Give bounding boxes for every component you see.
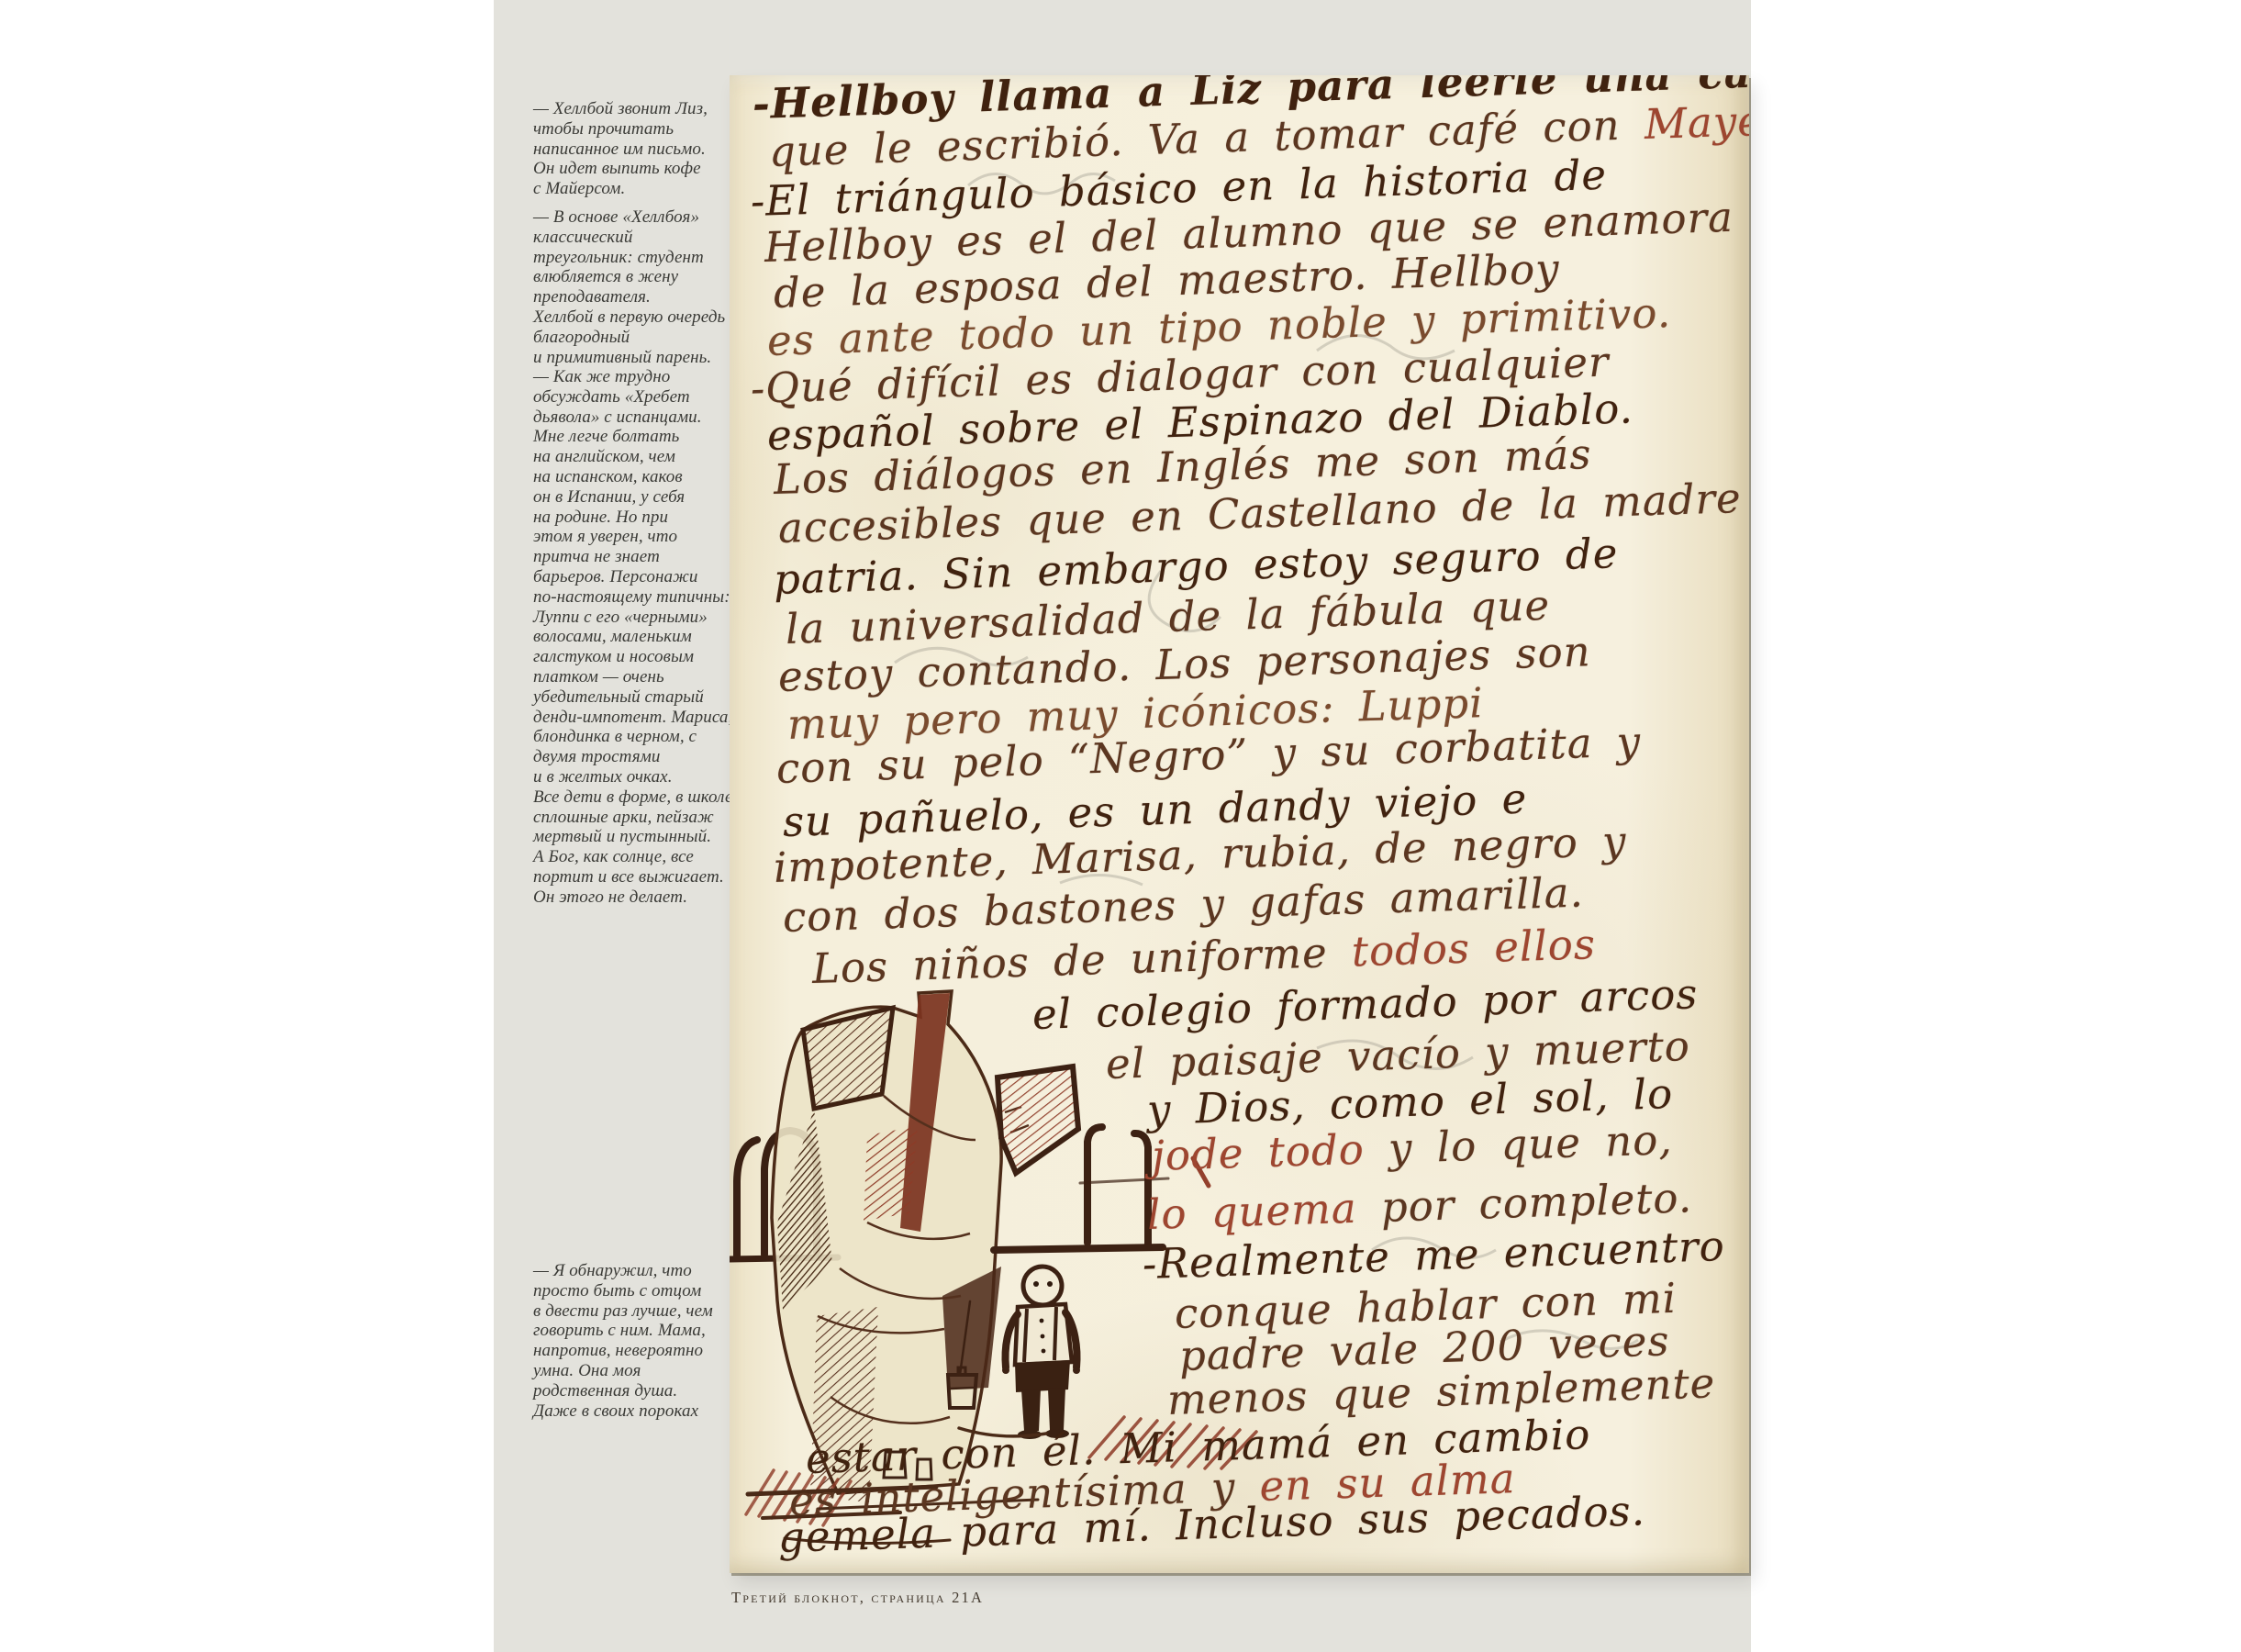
handwriting-layer: -Hellboy llama a Liz para leerle una car… (730, 75, 1749, 1573)
annotation-paragraph: — В основе «Хеллбоя» классический треуго… (533, 207, 749, 367)
page-canvas: — Хеллбой звонит Лиз, чтобы прочитать на… (0, 0, 2241, 1652)
notebook-page-scan: -Hellboy llama a Liz para leerle una car… (730, 75, 1749, 1573)
handwriting-red-ink: todos ellos (1351, 920, 1597, 976)
handwriting-text: y lo que no, (1388, 1115, 1673, 1173)
handwriting-red-ink: Mayers. (1644, 95, 1749, 149)
annotation-paragraph: — Я обнаружил, что просто быть с отцом в… (533, 1261, 749, 1421)
handwriting-red-ink: jode todo (1151, 1124, 1389, 1180)
annotation-paragraph: — Хеллбой звонит Лиз, чтобы прочитать на… (533, 99, 749, 199)
page-caption: Третий блокнот, страница 21А (731, 1589, 984, 1607)
annotation-paragraph: — Как же трудно обсуждать «Хребет дьявол… (533, 367, 749, 908)
sidebar-annotations: — Хеллбой звонит Лиз, чтобы прочитать на… (533, 0, 749, 1652)
